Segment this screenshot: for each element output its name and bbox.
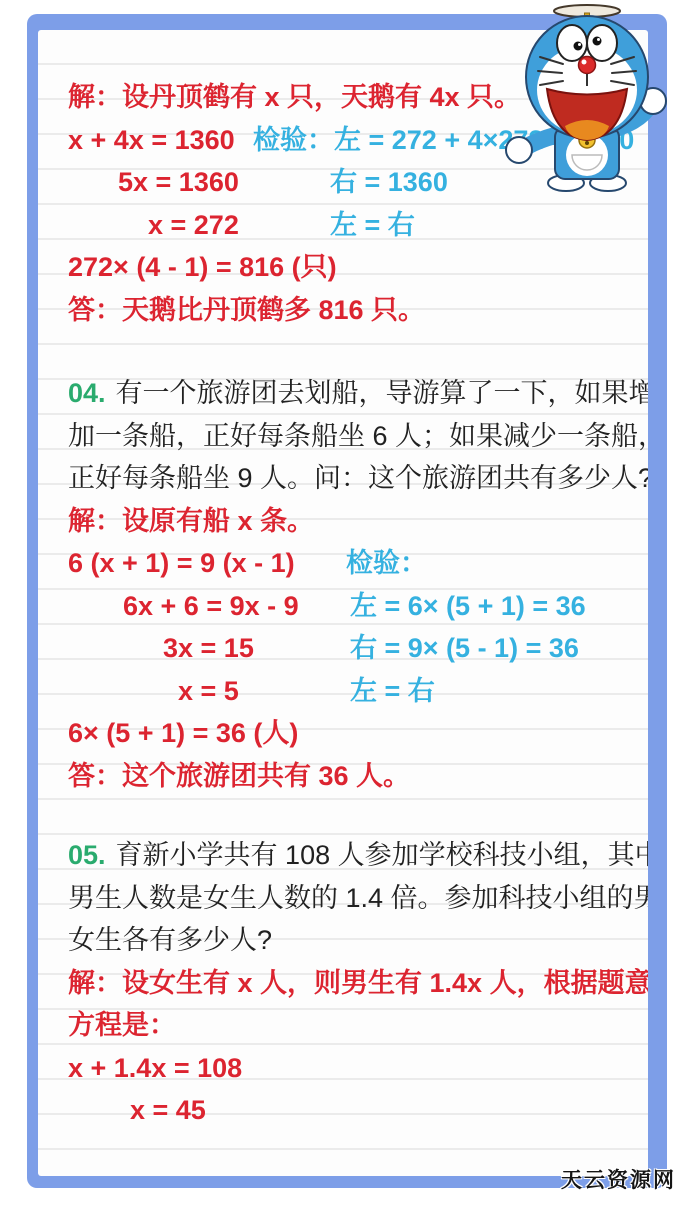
check-text: 左 = 右 <box>330 204 415 247</box>
problem-05: 05.育新小学共有 108 人参加学校科技小组，其中 男生人数是女生人数的 1.… <box>38 834 648 1132</box>
equation-line: x = 45 <box>38 1089 648 1132</box>
answer-text: 答：天鹅比丹顶鹤多 816 只。 <box>68 295 425 325</box>
problem-04: 04.有一个旅游团去划船，导游算了一下，如果增 加一条船，正好每条船坐 6 人；… <box>38 372 648 797</box>
solution-line: 方程是： <box>38 1004 648 1047</box>
calculation-text: 272× (4 - 1) = 816 (只) <box>68 252 337 282</box>
lined-paper: 解：设丹顶鹤有 x 只，天鹅有 4x 只。 x + 4x = 1360 检验：左… <box>38 30 648 1176</box>
check-text: 检验： <box>346 542 427 585</box>
problem-text: 正好每条船坐 9 人。问：这个旅游团共有多少人? <box>68 463 648 493</box>
equation-check-row: 3x = 15 右 = 9× (5 - 1) = 36 <box>38 627 648 670</box>
problem-statement-line: 加一条船，正好每条船坐 6 人；如果减少一条船， <box>38 415 648 458</box>
equation-text: 5x = 1360 <box>118 167 239 197</box>
doraemon-left-hand <box>506 137 532 163</box>
problem-text: 加一条船，正好每条船坐 6 人；如果减少一条船， <box>68 421 648 451</box>
equation-check-row: x = 5 左 = 右 <box>38 670 648 713</box>
problem-text: 男生人数是女生人数的 1.4 倍。参加科技小组的男、 <box>68 883 648 913</box>
answer-line: 答：这个旅游团共有 36 人。 <box>38 755 648 798</box>
equation-text: x = 272 <box>148 210 239 240</box>
watermark: 天云资源网 <box>561 1164 676 1194</box>
doraemon-nose <box>579 57 596 74</box>
problem-statement-line: 男生人数是女生人数的 1.4 倍。参加科技小组的男、 <box>38 877 648 920</box>
solution-text: 方程是： <box>68 1010 176 1040</box>
equation-check-row: x = 272 左 = 右 <box>38 204 648 247</box>
problem-text: 女生各有多少人? <box>68 925 272 955</box>
problem-statement-line: 正好每条船坐 9 人。问：这个旅游团共有多少人? <box>38 457 648 500</box>
problem-statement-line: 04.有一个旅游团去划船，导游算了一下，如果增 <box>38 372 648 415</box>
equation-check-row: 6 (x + 1) = 9 (x - 1) 检验： <box>38 542 648 585</box>
solution-text: 解：设女生有 x 人，则男生有 1.4x 人，根据题意列 <box>68 968 648 998</box>
solution-text: 解：设丹顶鹤有 x 只，天鹅有 4x 只。 <box>68 82 521 112</box>
problem-statement-line: 女生各有多少人? <box>38 919 648 962</box>
equation-text: x = 5 <box>178 676 239 706</box>
check-text: 左 = 右 <box>350 670 435 713</box>
doraemon-nose-highlight <box>582 60 587 65</box>
problem-number: 04. <box>68 378 106 408</box>
equation-line: x + 1.4x = 108 <box>38 1047 648 1090</box>
answer-text: 答：这个旅游团共有 36 人。 <box>68 761 410 791</box>
problem-text: 育新小学共有 108 人参加学校科技小组，其中 <box>116 840 648 870</box>
problem-statement-line: 05.育新小学共有 108 人参加学校科技小组，其中 <box>38 834 648 877</box>
solution-text: 解：设原有船 x 条。 <box>68 506 314 536</box>
calculation-text: 6× (5 + 1) = 36 (人) <box>68 718 298 748</box>
calculation-line: 272× (4 - 1) = 816 (只) <box>38 246 648 289</box>
check-text: 右 = 1360 <box>330 161 448 204</box>
problem-number: 05. <box>68 840 106 870</box>
doraemon-mascot-image <box>502 1 672 193</box>
answer-line: 答：天鹅比丹顶鹤多 816 只。 <box>38 289 648 332</box>
solution-line: 解：设原有船 x 条。 <box>38 500 648 543</box>
solution-line: 解：设女生有 x 人，则男生有 1.4x 人，根据题意列 <box>38 962 648 1005</box>
check-text: 左 = 6× (5 + 1) = 36 <box>350 585 586 628</box>
equation-text: 3x = 15 <box>163 633 254 663</box>
calculation-line: 6× (5 + 1) = 36 (人) <box>38 712 648 755</box>
equation-check-row: 6x + 6 = 9x - 9 左 = 6× (5 + 1) = 36 <box>38 585 648 628</box>
equation-text: 6 (x + 1) = 9 (x - 1) <box>68 548 295 578</box>
equation-text: 6x + 6 = 9x - 9 <box>123 591 299 621</box>
equation-text: x + 4x = 1360 <box>68 125 235 155</box>
problem-text: 有一个旅游团去划船，导游算了一下，如果增 <box>116 378 648 408</box>
equation-text: x + 1.4x = 108 <box>68 1053 242 1083</box>
equation-text: x = 45 <box>130 1095 206 1125</box>
check-text: 右 = 9× (5 - 1) = 36 <box>350 627 579 670</box>
